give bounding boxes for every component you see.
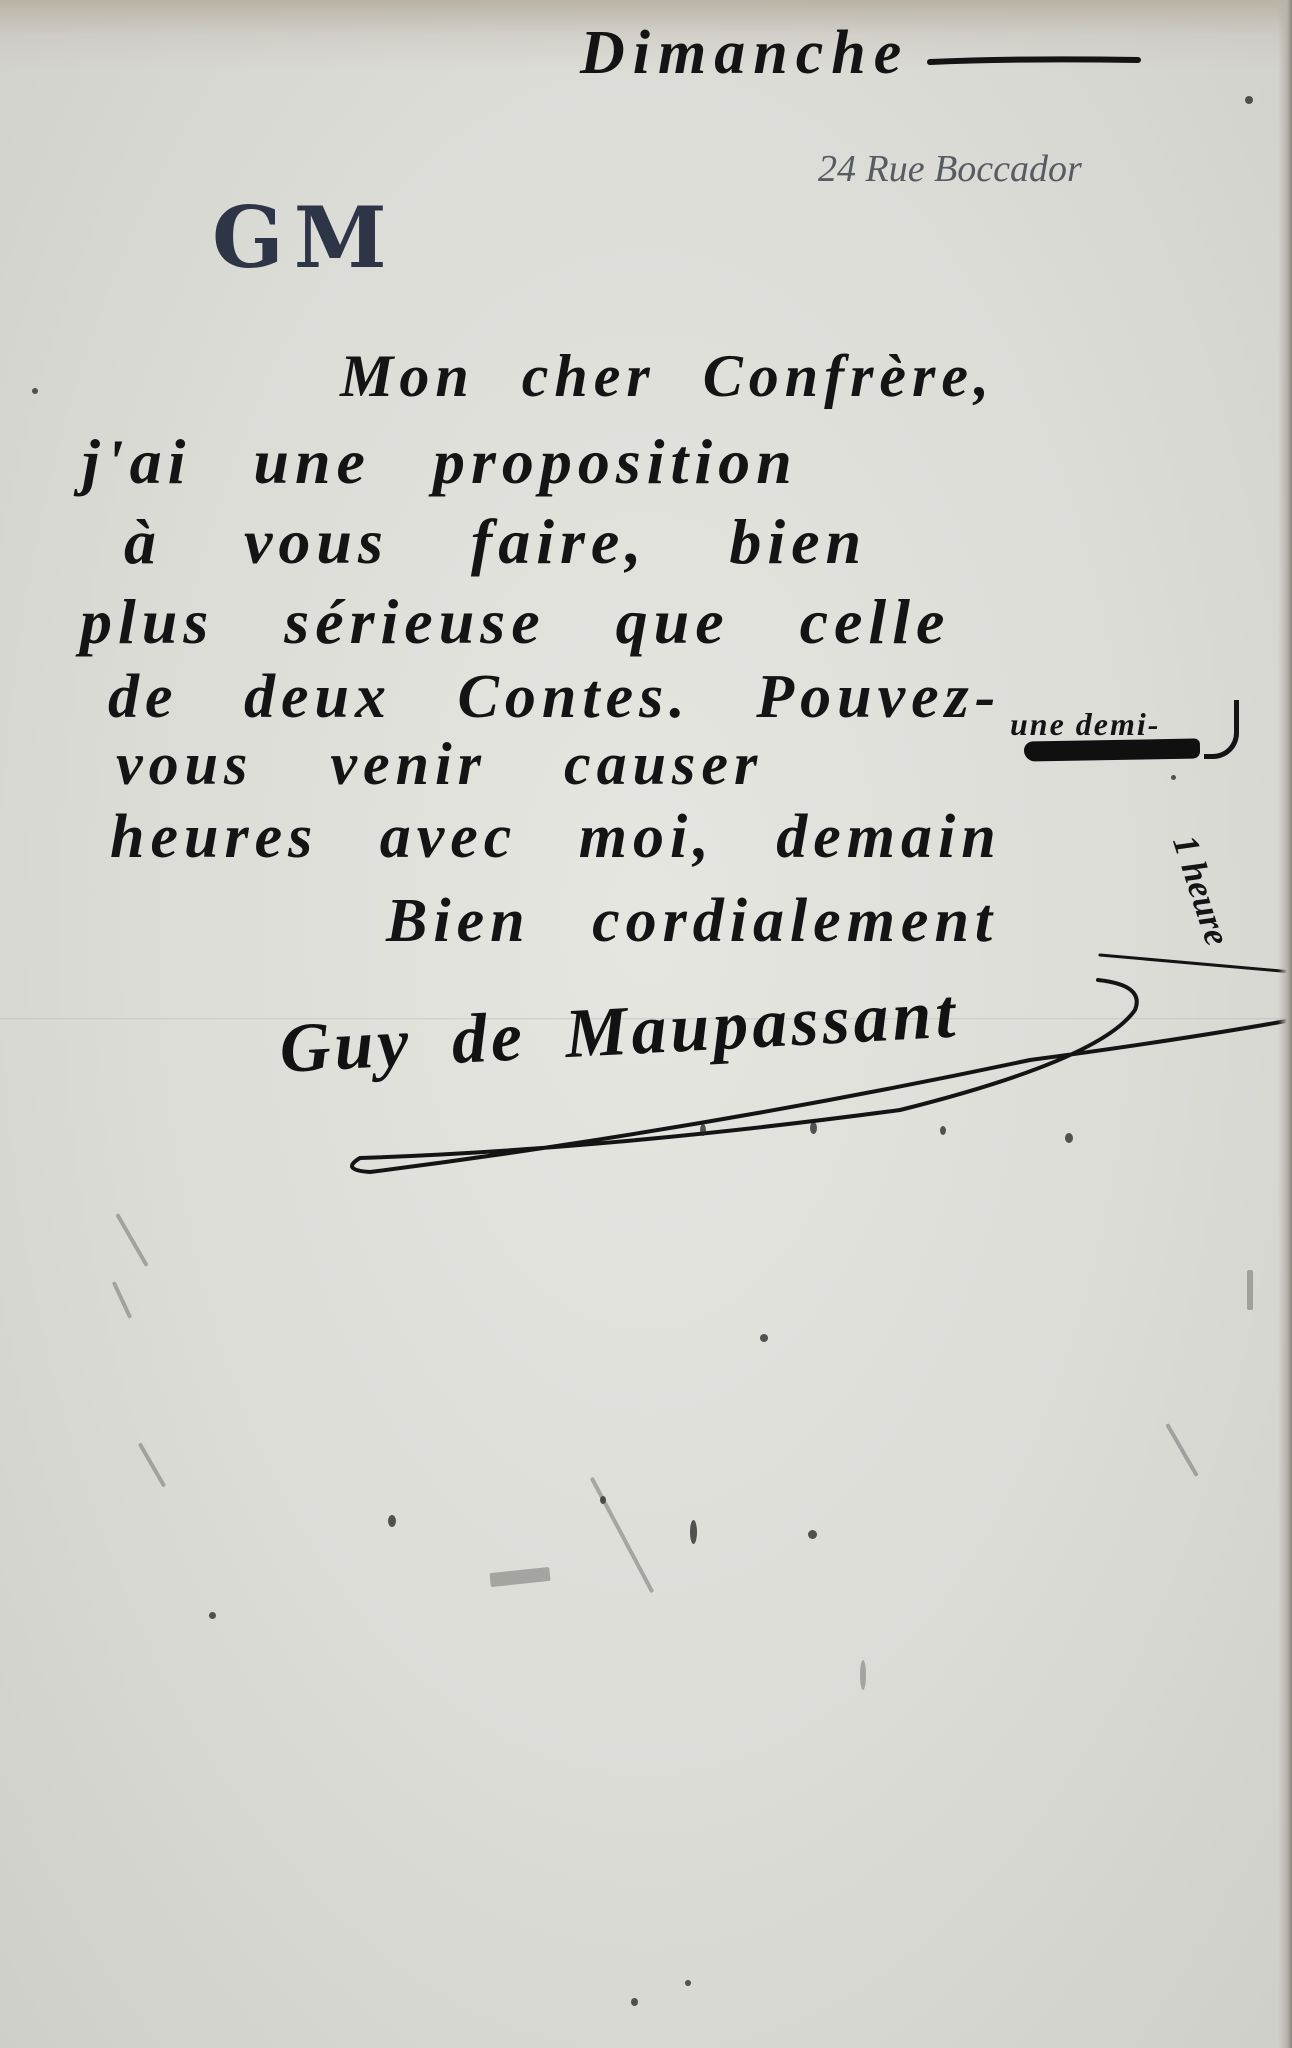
body-line-3: plus sérieuse que celle: [80, 590, 950, 654]
letterhead-address: 24 Rue Boccador: [818, 150, 1082, 188]
insertion-bracket: [1204, 700, 1239, 759]
body-line-5: vous venir causer: [116, 734, 763, 794]
body-line-4: de deux Contes. Pouvez-: [108, 666, 1001, 728]
struck-out-word: [1024, 738, 1200, 761]
body-line-1: j'ai une proposition: [82, 430, 798, 494]
closing: Bien cordialement: [386, 890, 998, 952]
inserted-text: une demi-: [1010, 706, 1160, 743]
handwritten-date: Dimanche: [580, 22, 909, 84]
letterhead-monogram: GM: [212, 196, 397, 280]
letter-page: Dimanche 24 Rue Boccador GM Mon cher Con…: [0, 0, 1292, 2048]
salutation: Mon cher Confrère,: [340, 346, 995, 406]
body-line-6: heures avec moi, demain: [110, 806, 1002, 868]
body-line-2: à vous faire, bien: [124, 510, 867, 574]
margin-addition: 1 heure: [1164, 830, 1239, 950]
signature: Guy de Maupassant: [278, 975, 961, 1090]
